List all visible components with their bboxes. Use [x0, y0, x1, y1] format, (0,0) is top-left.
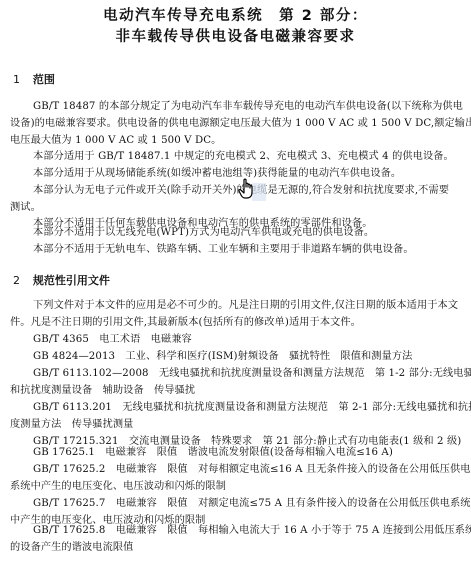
section-number: 2 — [13, 274, 29, 287]
reference-entry: GB/T 17625.7 电磁兼容 限值 对额定电流≤75 A 且有条件接入的设… — [33, 497, 471, 510]
section-title: 规范性引用文件 — [33, 274, 110, 287]
reference-entry: GB 17625.1 电磁兼容 限值 谐波电流发射限值(设备每相输入电流≤16 … — [33, 446, 393, 459]
paragraph-line: 本部分不适用于无轨电车、铁路车辆、工业车辆和主要用于非道路车辆的供电设备。 — [33, 243, 414, 256]
paragraph-line: 下列文件对于本文件的应用是必不可少的。凡是注日期的引用文件,仅注日期的版本适用于… — [33, 299, 458, 312]
reference-entry: GB/T 4365 电工术语 电磁兼容 — [33, 333, 192, 346]
section-title: 范围 — [33, 73, 55, 86]
reference-entry: GB/T 6113.102—2008 无线电骚扰和抗扰度测量设备和测量方法规范 … — [33, 367, 471, 380]
document-title-line-1: 电动汽车传导充电系统 第 2 部分： — [0, 4, 471, 25]
reference-entry: GB/T 17625.2 电磁兼容 限值 对每相额定电流≤16 A 且无条件接入… — [33, 463, 471, 476]
reference-entry-cont: 的设备产生的谐波电流限值 — [10, 541, 133, 554]
paragraph-line: GB/T 18487 的本部分规定了为电动汽车非车载传导充电的电动汽车供电设备(… — [33, 100, 463, 113]
reference-entry-cont: 系统中产生的电压变化、电压波动和闪烁的限制 — [10, 480, 226, 493]
document-title-line-2: 非车载传导供电设备电磁兼容要求 — [0, 25, 471, 46]
section-heading-normative-references: 2 规范性引用文件 — [13, 272, 110, 288]
reference-entry: GB/T 6113.201 无线电骚扰和抗扰度测量设备和测量方法规范 第 2-1… — [33, 401, 471, 414]
reference-entry: GB/T 17625.8 电磁兼容 限值 每相输入电流大于 16 A 小于等于 … — [33, 524, 471, 537]
section-number: 1 — [13, 73, 29, 86]
hand-pointer-icon — [238, 178, 258, 200]
paragraph-line: 设备)的电磁兼容要求。供电设备的供电电源额定电压最大值为 1 000 V AC … — [10, 117, 471, 130]
reference-entry-cont: 和抗扰度测量设备 辅助设备 传导骚扰 — [10, 384, 195, 397]
paragraph-line: 本部分适用于从现场储能系统(如缓冲蓄电池组等)获得能量的电动汽车供电设备。 — [33, 167, 401, 180]
paragraph-line: 本部分适用于 GB/T 18487.1 中规定的充电模式 2、充电模式 3、充电… — [33, 150, 454, 163]
reference-entry-cont: 度测量方法 传导骚扰测量 — [10, 418, 133, 431]
paragraph-line: 测试。 — [10, 201, 41, 214]
paragraph-line: 本部分不适用于以无线充电(WPT)方式为电动汽车供电或充电的供电设备。 — [33, 226, 374, 239]
paragraph-line: 电压最大值为 1 000 V AC 或 1 500 V DC。 — [10, 134, 221, 147]
section-heading-scope: 1 范围 — [13, 71, 55, 87]
paragraph-line: 件。凡是不注日期的引用文件,其最新版本(包括所有的修改单)适用于本文件。 — [10, 316, 361, 329]
reference-entry: GB 4824—2013 工业、科学和医疗(ISM)射频设备 骚扰特性 限值和测… — [33, 350, 412, 363]
